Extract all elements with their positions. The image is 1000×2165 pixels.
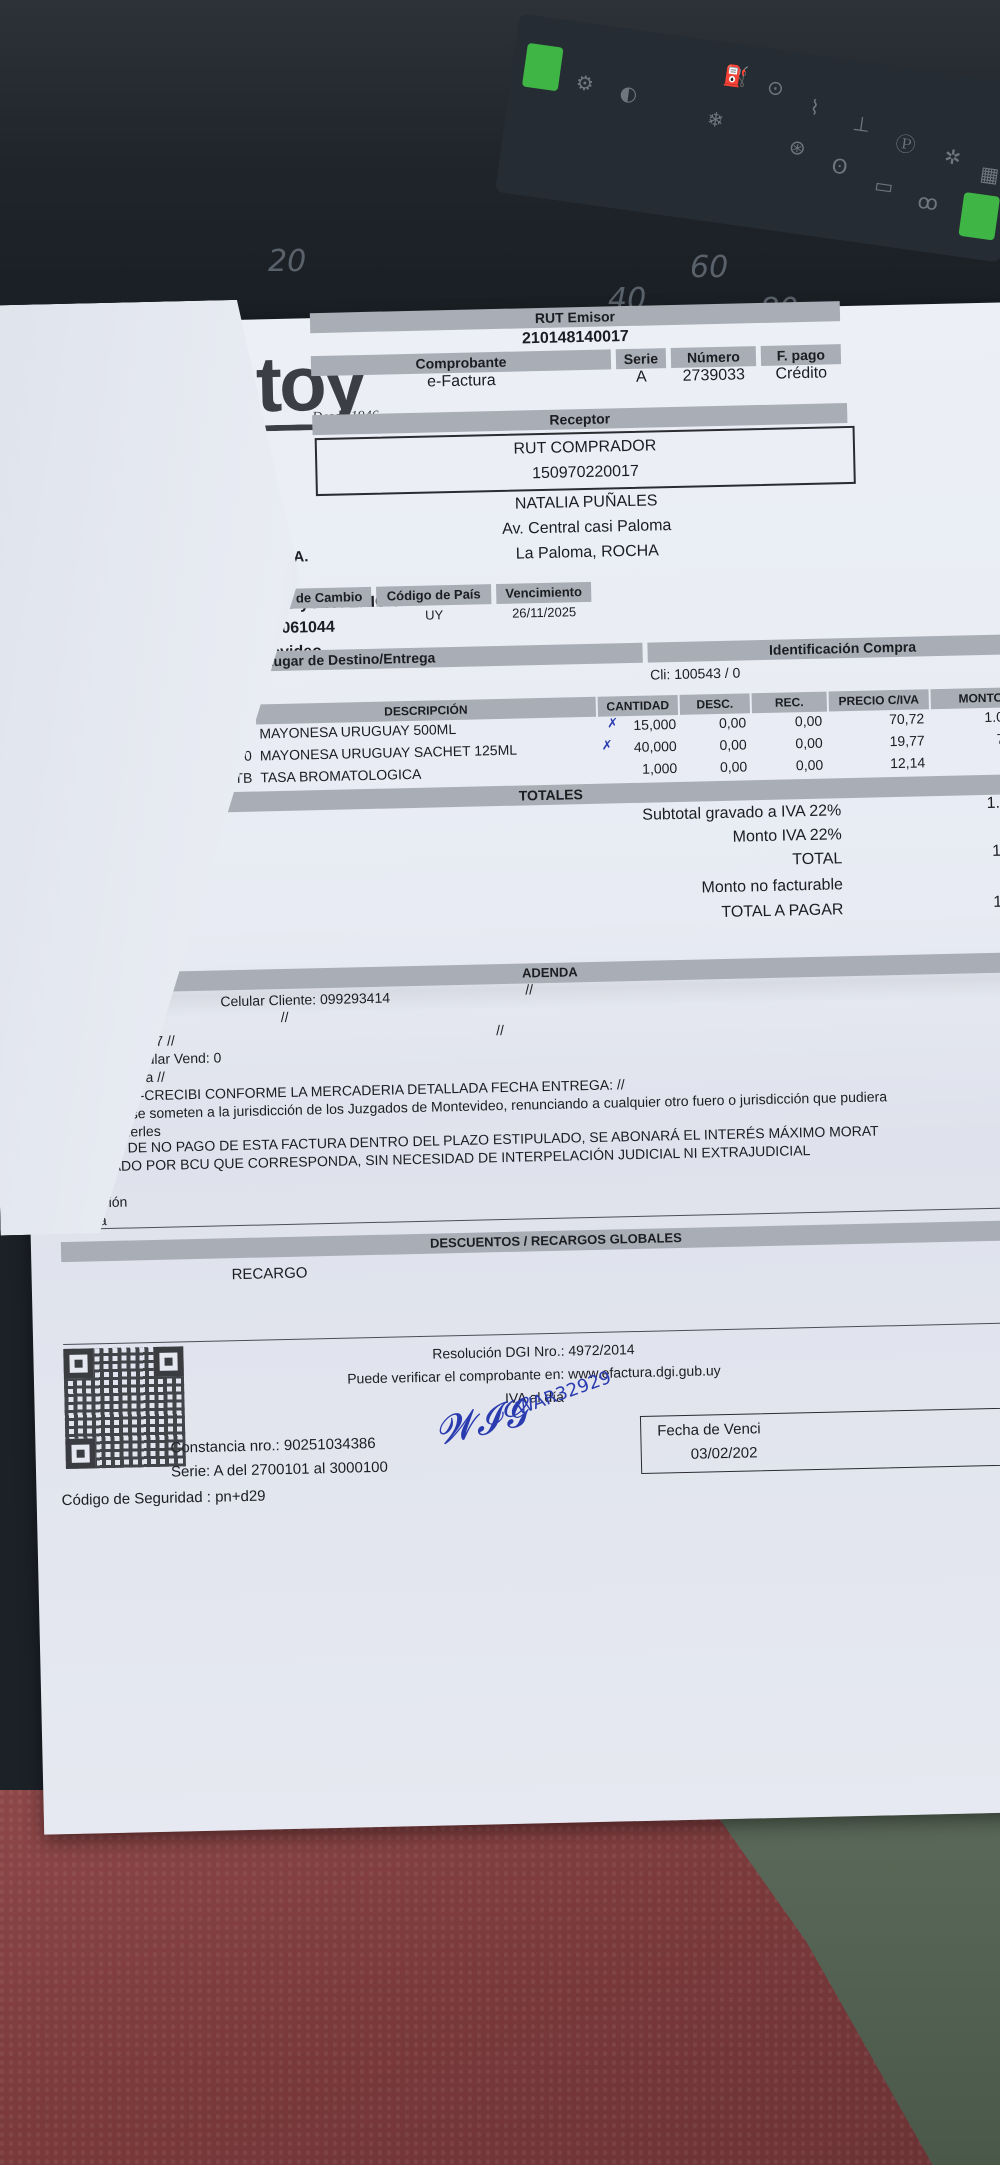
col-header-desc: DESC. [680,693,750,715]
cell-rec: 0,00 [753,735,823,753]
qr-finder-pattern [63,1348,94,1379]
numero-header: Número [671,346,756,368]
serie-header: Serie [616,348,666,369]
total-line-value: 12 [903,868,1000,889]
col-header-rec: REC. [752,692,827,714]
identificacion-header: Identificación Compra [647,634,1000,663]
qr-finder-pattern [65,1438,96,1469]
col-header-monto: MONTO [930,687,1000,709]
col-header-precio: PRECIO C/IVA [829,689,929,711]
cell-cantidad: 1,000 [599,760,677,778]
cell-descripcion: TASA BROMATOLOGICA [260,766,421,786]
adenda-separator: // [281,1009,289,1025]
cell-desc: 0,00 [680,714,746,731]
coolant-icon: ⊥ [851,111,872,137]
codigo-pais-value: UY [377,606,492,624]
codigo-seguridad: Código de Seguridad : pn+d29 [61,1488,265,1510]
fecha-vencimiento-label: Fecha de Venci [657,1420,761,1439]
cell-monto: 790,6 [931,730,1000,748]
brake-icon: ⊙ [766,75,786,101]
glow-plug-icon: ꝏ [916,189,940,216]
total-line-label: Monto no facturable [543,876,843,901]
invoice-paper: ntoy Desde 1946 FRONTOY S.A. CND DE BEJA… [10,302,1000,1835]
adenda-separator: // [525,981,533,997]
cell-precio: 19,77 [830,732,925,750]
cell-descripcion: MAYONESA URUGUAY SACHET 125ML [260,742,518,764]
resolucion-dgi: Resolución DGI Nro.: 4972/2014 [283,1338,783,1365]
qr-code[interactable] [63,1346,186,1469]
cell-monto: 1.060,7 [931,708,1000,726]
receptor-address: Av. Central casi Paloma [317,513,857,543]
total-line-label: TOTAL [542,850,842,875]
total-line-label: Subtotal gravado a IVA 22% [541,802,841,827]
rear-defrost-icon: ▦ [979,161,1000,187]
battery-icon: ▭ [873,173,895,199]
cell-monto: 12, [932,752,1000,770]
instrument-cluster: ⚙ ◐ ⛽ ⊙ ⌇ ⊥ Ⓟ ✲ ▦ ❄ ⊛ ʘ ▭ ꝏ [495,13,1000,262]
cell-descripcion: MAYONESA URUGUAY 500ML [259,721,456,741]
fuel-icon: ⛽ [722,62,750,89]
cell-precio: 70,72 [829,710,924,728]
numero-value: 2739033 [671,366,756,386]
cell-desc: 0,00 [681,736,747,753]
fecha-vencimiento-box [640,1406,1000,1474]
footer-divider [63,1322,1000,1345]
codigo-pais-header: Código de País [376,584,491,607]
qr-finder-pattern [153,1346,184,1377]
total-line-value: 1.851 [902,842,1000,863]
identificacion-value: Cli: 100543 / 0 [650,665,741,683]
cell-cantidad: 15,000 [598,716,676,734]
gauge-number: 60 [690,250,728,285]
oil-icon: ⌇ [808,95,821,120]
cell-rec: 0,00 [752,713,822,731]
cell-precio: 12,14 [830,754,925,772]
cell-cantidad: 40,000 [599,738,677,756]
fan-icon: ✲ [943,144,963,170]
vencimiento-header: Vencimiento [496,582,591,604]
col-header-cantidad: CANTIDAD [598,695,678,717]
total-a-pagar-value: 1.864 [903,893,1000,914]
gauge-number: 20 [268,244,306,279]
cell-desc: 0,00 [681,758,747,775]
green-indicator-light-right [958,192,1000,241]
total-line-value: 333 [901,818,1000,839]
green-indicator-light-left [522,43,564,92]
fecha-vencimiento-value: 03/02/202 [691,1444,758,1463]
fpago-value: Crédito [761,364,841,384]
snowflake-icon: ❄ [706,107,726,133]
vencimiento-value: 26/11/2025 [497,604,592,621]
receptor-city: La Paloma, ROCHA [317,538,857,568]
headlight-icon: ◐ [618,80,639,106]
total-a-pagar-label: TOTAL A PAGAR [543,901,843,926]
parking-brake-icon: Ⓟ [894,127,918,159]
col-header-descripcion: DESCRIPCIÓN [256,697,596,725]
total-line-label: Monto IVA 22% [542,826,842,851]
abs-icon: ⊛ [787,134,807,160]
serie-value: A [616,368,666,387]
engine-icon: ⚙ [574,70,595,96]
tire-pressure-icon: ʘ [830,153,849,179]
serie-rango: Serie: A del 2700101 al 3000100 [171,1459,388,1481]
fpago-header: F. pago [761,344,841,366]
constancia-nro: Constancia nro.: 90251034386 [170,1435,376,1457]
adenda-separator: // [496,1022,504,1038]
recargo-label: RECARGO [231,1264,307,1283]
cell-rec: 0,00 [753,757,823,775]
total-line-value: 1.517, [901,794,1000,815]
